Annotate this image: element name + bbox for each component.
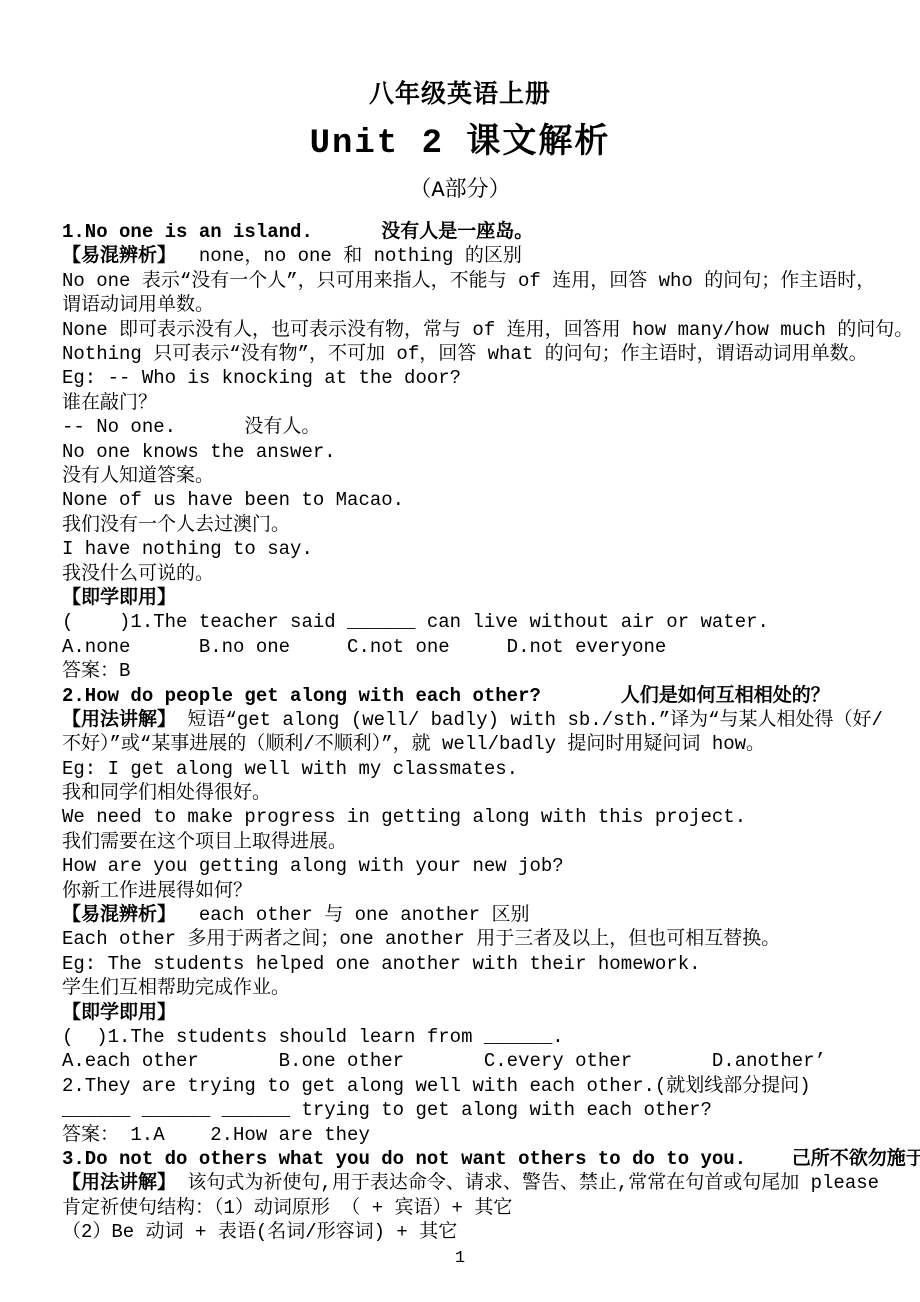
text-run: 学生们互相帮助完成作业。 [62, 977, 290, 999]
text-run: 我和同学们相处得很好。 [62, 782, 271, 804]
text-run: No one knows the answer. [62, 441, 336, 463]
text-run: 我没什么可说的。 [62, 563, 214, 585]
document-line: Eg: The students helped one another with… [62, 952, 858, 976]
emphasis-text: 【用法讲解】 [62, 709, 176, 731]
unit-title: Unit 2 课文解析 [0, 126, 920, 163]
document-line: ______ ______ ______ trying to get along… [62, 1098, 858, 1122]
document-line: 3.Do not do others what you do not want … [62, 1147, 858, 1171]
document-line: ( )1.The students should learn from ____… [62, 1025, 858, 1049]
text-run: 不好）”或“某事进展的（顺利/不顺利）”，就 well/badly 提问时用疑问… [62, 733, 765, 755]
document-line: We need to make progress in getting alon… [62, 805, 858, 829]
emphasis-text: 【易混辨析】 [62, 245, 176, 267]
text-run: 你新工作进展得如何？ [62, 880, 252, 902]
document-line: 答案： 1.A 2.How are they [62, 1123, 858, 1147]
text-run: 没有人知道答案。 [62, 465, 214, 487]
document-line: I have nothing to say. [62, 537, 858, 561]
emphasis-text: 【用法讲解】 [62, 1172, 176, 1194]
document-line: 谁在敲门？ [62, 391, 858, 415]
document-line: 学生们互相帮助完成作业。 [62, 976, 858, 1000]
text-run: We need to make progress in getting alon… [62, 806, 746, 828]
document-line: 【用法讲解】 短语“get along (well/ badly) with s… [62, 708, 858, 732]
text-run: 我们没有一个人去过澳门。 [62, 514, 290, 536]
text-run: 谓语动词用单数。 [62, 294, 214, 316]
document-header: 八年级英语上册 Unit 2 课文解析 （A部分） [0, 0, 920, 203]
page-number: 1 [0, 1250, 920, 1269]
text-run: 谁在敲门？ [62, 392, 157, 414]
document-line: None 即可表示没有人，也可表示没有物，常与 of 连用，回答用 how ma… [62, 318, 858, 342]
text-run: ( )1.The students should learn from ____… [62, 1026, 564, 1048]
emphasis-text: 【即学即用】 [62, 587, 176, 609]
document-line: ( )1.The teacher said ______ can live wi… [62, 610, 858, 634]
text-run: I have nothing to say. [62, 538, 313, 560]
document-line: 没有人知道答案。 [62, 464, 858, 488]
emphasis-text: 【即学即用】 [62, 1002, 176, 1024]
text-run: Eg: -- Who is knocking at the door? [62, 367, 461, 389]
document-line: Eg: I get along well with my classmates. [62, 757, 858, 781]
document-line: 2.They are trying to get along well with… [62, 1074, 858, 1098]
text-run: Nothing 只可表示“没有物”，不可加 of，回答 what 的问句；作主语… [62, 343, 868, 365]
text-run: 答案：B [62, 660, 130, 682]
document-line: Eg: -- Who is knocking at the door? [62, 366, 858, 390]
document-line: 2.How do people get along with each othe… [62, 684, 858, 708]
document-page: 八年级英语上册 Unit 2 课文解析 （A部分） 1.No one is an… [0, 0, 920, 1302]
document-line: How are you getting along with your new … [62, 854, 858, 878]
document-line: 答案：B [62, 659, 858, 683]
emphasis-text: 1.No one is an island. 没有人是一座岛。 [62, 221, 533, 243]
text-run: No one 表示“没有一个人”，只可用来指人，不能与 of 连用，回答 who… [62, 270, 875, 292]
document-line: （2）Be 动词 + 表语(名词/形容词) + 其它 [62, 1220, 858, 1244]
document-line: 【易混辨析】 each other 与 one another 区别 [62, 903, 858, 927]
text-run: each other 与 one another 区别 [176, 904, 529, 926]
text-run: Each other 多用于两者之间；one another 用于三者及以上，但… [62, 928, 780, 950]
text-run: -- No one. 没有人。 [62, 416, 320, 438]
text-run: Eg: The students helped one another with… [62, 953, 701, 975]
document-line: 我们需要在这个项目上取得进展。 [62, 830, 858, 854]
emphasis-text: 2.How do people get along with each othe… [62, 685, 830, 707]
document-line: 我没什么可说的。 [62, 562, 858, 586]
text-run: ______ ______ ______ trying to get along… [62, 1099, 712, 1121]
part-subtitle: （A部分） [0, 179, 920, 203]
text-run: How are you getting along with your new … [62, 855, 564, 877]
emphasis-text: 【易混辨析】 [62, 904, 176, 926]
document-line: -- No one. 没有人。 [62, 415, 858, 439]
text-run: （2）Be 动词 + 表语(名词/形容词) + 其它 [62, 1221, 457, 1243]
document-line: 【即学即用】 [62, 586, 858, 610]
course-title: 八年级英语上册 [0, 82, 920, 110]
document-line: 【易混辨析】 none，no one 和 nothing 的区别 [62, 244, 858, 268]
document-line: A.none B.no one C.not one D.not everyone [62, 635, 858, 659]
document-line: 我和同学们相处得很好。 [62, 781, 858, 805]
document-line: 【即学即用】 [62, 1001, 858, 1025]
document-line: 我们没有一个人去过澳门。 [62, 513, 858, 537]
document-line: 1.No one is an island. 没有人是一座岛。 [62, 220, 858, 244]
text-run: ( )1.The teacher said ______ can live wi… [62, 611, 769, 633]
document-line: 肯定祈使句结构：（1）动词原形 （ + 宾语）+ 其它 [62, 1196, 858, 1220]
document-body: 1.No one is an island. 没有人是一座岛。【易混辨析】 no… [0, 220, 920, 1244]
document-line: No one 表示“没有一个人”，只可用来指人，不能与 of 连用，回答 who… [62, 269, 858, 293]
document-line: Nothing 只可表示“没有物”，不可加 of，回答 what 的问句；作主语… [62, 342, 858, 366]
emphasis-text: 3.Do not do others what you do not want … [62, 1148, 920, 1170]
text-run: 该句式为祈使句,用于表达命令、请求、警告、禁止,常常在句首或句尾加 please [176, 1172, 879, 1194]
document-line: 你新工作进展得如何？ [62, 879, 858, 903]
text-run: 我们需要在这个项目上取得进展。 [62, 831, 347, 853]
text-run: A.each other B.one other C.every other D… [62, 1050, 826, 1072]
text-run: 2.They are trying to get along well with… [62, 1075, 811, 1097]
text-run: None of us have been to Macao. [62, 489, 404, 511]
text-run: Eg: I get along well with my classmates. [62, 758, 518, 780]
document-line: 谓语动词用单数。 [62, 293, 858, 317]
text-run: 短语“get along (well/ badly) with sb./sth.… [176, 709, 883, 731]
document-line: 不好）”或“某事进展的（顺利/不顺利）”，就 well/badly 提问时用疑问… [62, 732, 858, 756]
document-line: No one knows the answer. [62, 440, 858, 464]
document-line: A.each other B.one other C.every other D… [62, 1049, 858, 1073]
text-run: A.none B.no one C.not one D.not everyone [62, 636, 666, 658]
text-run: none，no one 和 nothing 的区别 [176, 245, 522, 267]
text-run: None 即可表示没有人，也可表示没有物，常与 of 连用，回答用 how ma… [62, 319, 913, 341]
text-run: 答案： 1.A 2.How are they [62, 1124, 370, 1146]
text-run: 肯定祈使句结构：（1）动词原形 （ + 宾语）+ 其它 [62, 1197, 512, 1219]
document-line: None of us have been to Macao. [62, 488, 858, 512]
document-line: 【用法讲解】 该句式为祈使句,用于表达命令、请求、警告、禁止,常常在句首或句尾加… [62, 1171, 858, 1195]
document-line: Each other 多用于两者之间；one another 用于三者及以上，但… [62, 927, 858, 951]
